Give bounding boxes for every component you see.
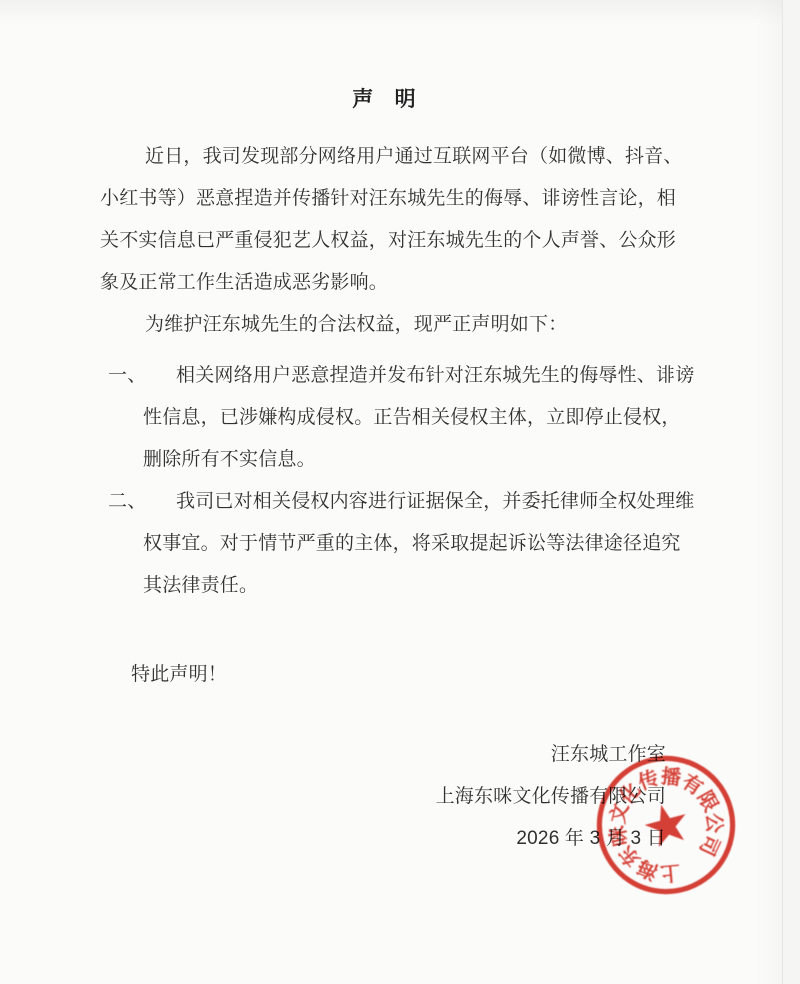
seal-text-char: 司 xyxy=(695,831,725,859)
company-seal-graphic: 上 海 东 咪 文 化 传 播 有 限 公 司 xyxy=(592,751,740,899)
statement-page: 声 明 近日，我司发现部分网络用户通过互联网平台（如微博、抖音、 小红书等）恶意… xyxy=(0,0,800,984)
seal-text-char: 公 xyxy=(702,813,727,834)
signature-date: 2026 年 3 月 3 日 xyxy=(100,818,666,860)
list-item-first-line: 二、 我司已对相关侵权内容进行证据保全，并委托律师全权处理维 xyxy=(100,481,668,523)
list-item-number: 一、 xyxy=(100,355,176,397)
statement-paragraph-1: 近日，我司发现部分网络用户通过互联网平台（如微博、抖音、 小红书等）恶意捏造并传… xyxy=(100,136,668,304)
statement-title: 声 明 xyxy=(100,86,668,114)
statement-item-1: 一、 相关网络用户恶意捏造并发布针对汪东城先生的侮辱性、诽谤 性信息，已涉嫌构成… xyxy=(100,355,668,481)
signature-block: 汪东城工作室 上海东咪文化传播有限公司 2026 年 3 月 3 日 xyxy=(100,734,668,860)
company-seal: 上 海 东 咪 文 化 传 播 有 限 公 司 xyxy=(592,751,740,899)
text-line: 关不实信息已严重侵犯艺人权益，对汪东城先生的个人声誉、公众形 xyxy=(100,220,668,262)
statement-body: 声 明 近日，我司发现部分网络用户通过互联网平台（如微博、抖音、 小红书等）恶意… xyxy=(100,0,668,860)
list-item-number: 二、 xyxy=(100,481,176,523)
text-line: 其法律责任。 xyxy=(100,565,668,607)
star-icon xyxy=(641,799,692,849)
page-right-edge xyxy=(782,0,800,984)
signature-studio: 汪东城工作室 xyxy=(100,734,666,776)
signature-company: 上海东咪文化传播有限公司 xyxy=(100,776,666,818)
text-line: 性信息，已涉嫌构成侵权。正告相关侵权主体，立即停止侵权， xyxy=(100,397,668,439)
text-line: 我司已对相关侵权内容进行证据保全，并委托律师全权处理维 xyxy=(176,481,694,523)
closing-statement: 特此声明！ xyxy=(100,654,668,696)
text-line: 为维护汪东城先生的合法权益，现严正声明如下： xyxy=(100,304,668,346)
text-line: 近日，我司发现部分网络用户通过互联网平台（如微博、抖音、 xyxy=(100,136,668,178)
text-line: 小红书等）恶意捏造并传播针对汪东城先生的侮辱、诽谤性言论，相 xyxy=(100,178,668,220)
statement-item-2: 二、 我司已对相关侵权内容进行证据保全，并委托律师全权处理维 权事宜。对于情节严… xyxy=(100,481,668,607)
text-line: 权事宜。对于情节严重的主体，将采取提起诉讼等法律途径追究 xyxy=(100,523,668,565)
page-edge-shadow xyxy=(756,0,782,984)
statement-paragraph-2: 为维护汪东城先生的合法权益，现严正声明如下： xyxy=(100,304,668,346)
seal-text-char: 上 xyxy=(659,860,681,886)
text-line: 相关网络用户恶意捏造并发布针对汪东城先生的侮辱性、诽谤 xyxy=(176,355,694,397)
text-line: 象及正常工作生活造成恶劣影响。 xyxy=(100,262,668,304)
text-line: 删除所有不实信息。 xyxy=(100,439,668,481)
list-item-first-line: 一、 相关网络用户恶意捏造并发布针对汪东城先生的侮辱性、诽谤 xyxy=(100,355,668,397)
